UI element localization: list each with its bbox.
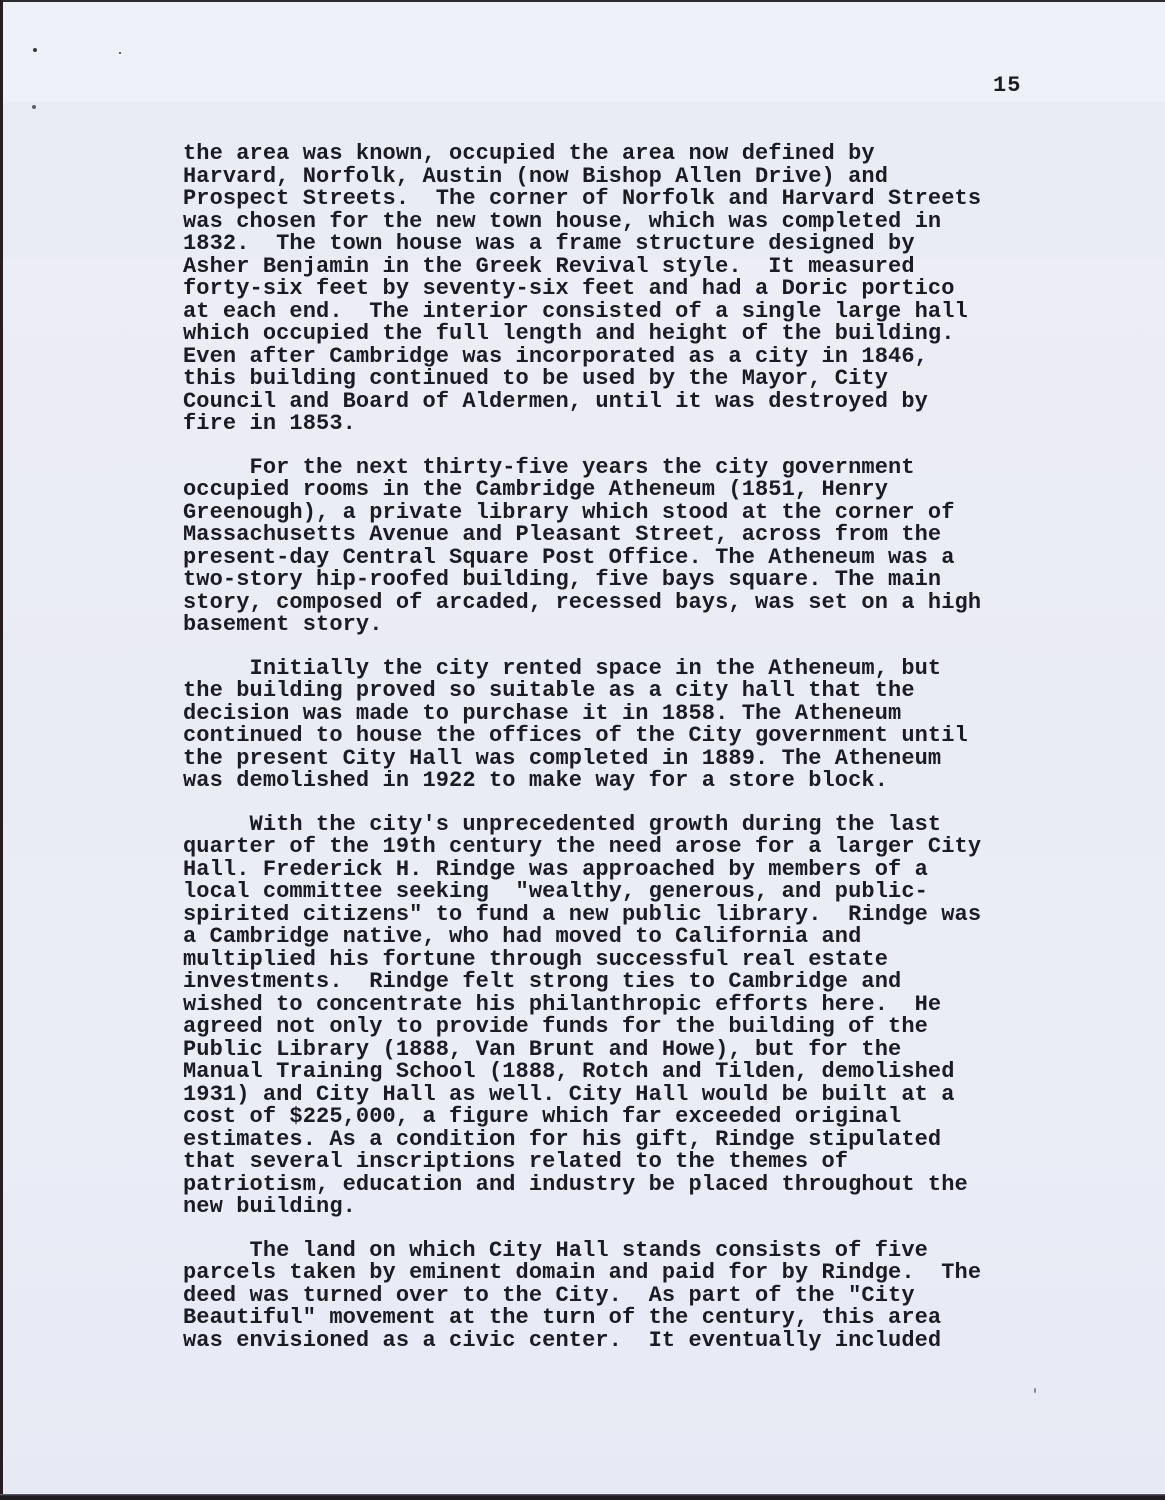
- scan-edge-bottom: [0, 1494, 1165, 1500]
- paragraph-4: With the city's unprecedented growth dur…: [183, 814, 1013, 1219]
- paragraph-1: the area was known, occupied the area no…: [183, 143, 1013, 436]
- text-block: the area was known, occupied the area no…: [183, 143, 1013, 1373]
- document-page: 15 the area was known, occupied the area…: [0, 0, 1165, 1500]
- scan-speck: [33, 48, 37, 52]
- scan-speck: [119, 52, 121, 54]
- scan-edge-top: [0, 0, 1165, 2]
- scan-speck: [1034, 1388, 1036, 1393]
- paragraph-3: Initially the city rented space in the A…: [183, 658, 1013, 793]
- paragraph-2: For the next thirty-five years the city …: [183, 457, 1013, 637]
- scan-speck: [32, 105, 36, 109]
- paragraph-5: The land on which City Hall stands consi…: [183, 1240, 1013, 1353]
- page-number: 15: [993, 73, 1021, 98]
- scan-edge-left: [0, 0, 3, 1500]
